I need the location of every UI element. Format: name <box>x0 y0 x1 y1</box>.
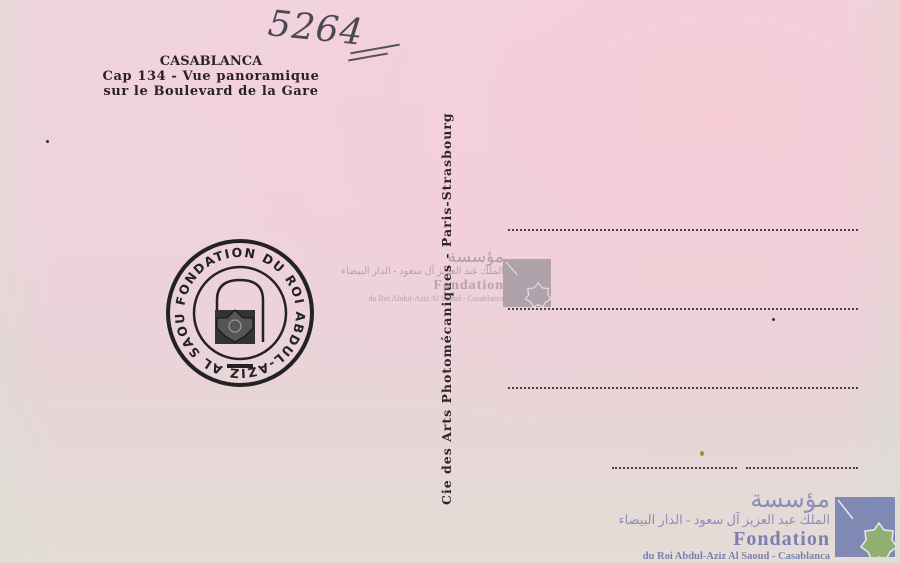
foundation-logo-icon <box>835 497 895 557</box>
watermark-french-subtitle: du Roi Abdul-Aziz Al Saoud - Casablanca <box>340 294 504 304</box>
speck <box>46 140 49 143</box>
address-line <box>508 387 858 389</box>
caption-title: CASABLANCA <box>86 54 336 69</box>
watermark-main: مؤسسة الملك عبد العزيز آل سعود - الدار ا… <box>610 488 830 563</box>
watermark-french-title: Fondation <box>610 528 830 550</box>
publisher-imprint: Cie des Arts Photomécaniques - Paris-Str… <box>439 112 454 505</box>
caption-line-3: sur le Boulevard de la Gare <box>86 84 336 99</box>
watermark-arabic-title: مؤسسة <box>340 248 504 266</box>
address-line-short <box>746 467 858 469</box>
watermark-french-title: Fondation <box>340 278 504 294</box>
foundation-stamp-icon: FONDATION DU ROI ABDUL-AZIZ AL SAOUD <box>165 238 315 388</box>
watermark-arabic-subtitle: الملك عبد العزيز آل سعود - الدار البيضاء <box>610 512 830 528</box>
caption-line-2: Cap 134 - Vue panoramique <box>86 69 336 84</box>
address-line-short <box>612 467 737 469</box>
watermark-arabic-title: مؤسسة <box>610 488 830 512</box>
watermark-arabic-subtitle: الملك عبد العزيز آل سعود - الدار البيضاء <box>340 266 504 278</box>
speck <box>772 318 775 321</box>
foundation-logo-icon <box>503 259 551 307</box>
address-line <box>508 229 858 231</box>
watermark-french-subtitle: du Roi Abdul-Aziz Al Saoud - Casablanca <box>610 550 830 563</box>
stain <box>700 451 704 456</box>
address-line <box>508 308 858 310</box>
watermark-faint: مؤسسة الملك عبد العزيز آل سعود - الدار ا… <box>340 248 504 304</box>
postcard-caption: CASABLANCA Cap 134 - Vue panoramique sur… <box>86 54 336 99</box>
